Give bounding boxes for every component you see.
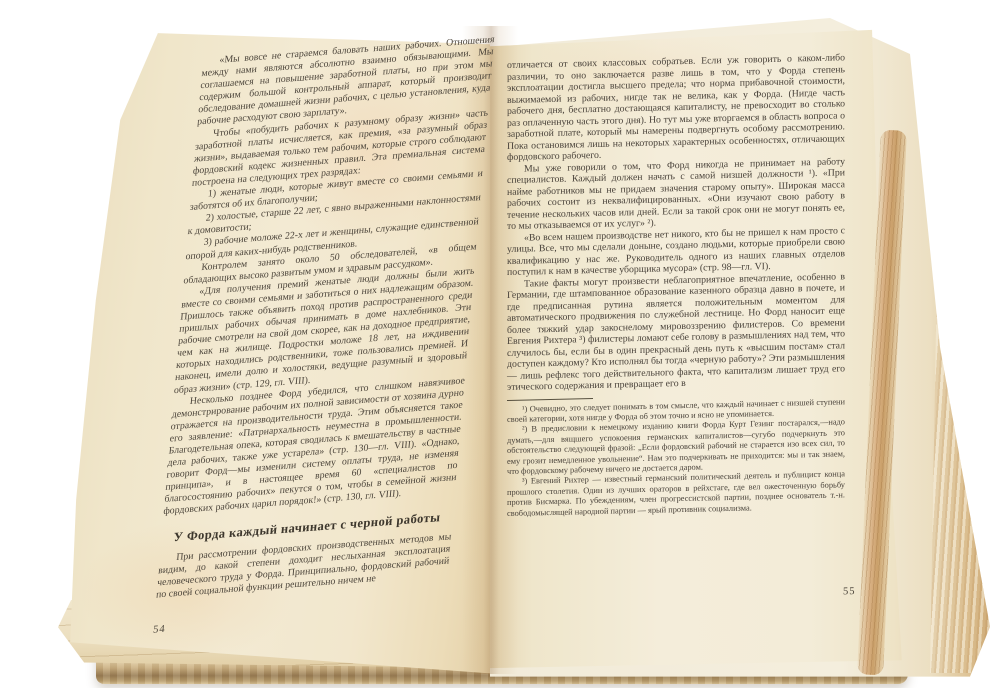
footnote-separator bbox=[507, 398, 593, 401]
right-page-text: отличается от своих классовых собратьев.… bbox=[507, 52, 845, 519]
book-photo: «Мы вовсе не стараемся баловать наших ра… bbox=[0, 0, 1000, 688]
paragraph: Мы уже говорили о том, что Форд никогда … bbox=[507, 156, 845, 233]
left-page-text: «Мы вовсе не стараемся баловать наших ра… bbox=[153, 34, 495, 637]
footnote: ²) В предисловии к немецкому изданию кни… bbox=[507, 418, 845, 478]
footnote: ³) Евгений Рихтер — известный германский… bbox=[507, 470, 845, 519]
paragraph: отличается от своих классовых собратьев.… bbox=[507, 52, 845, 163]
paragraph: Такие факты могут произвести неблагоприя… bbox=[507, 271, 845, 394]
paragraph: «Во всем нашем производстве нет никого, … bbox=[507, 225, 845, 279]
page-number-right: 55 bbox=[843, 586, 856, 598]
paragraph: Несколько позднее Форд убедился, что сли… bbox=[163, 375, 466, 519]
